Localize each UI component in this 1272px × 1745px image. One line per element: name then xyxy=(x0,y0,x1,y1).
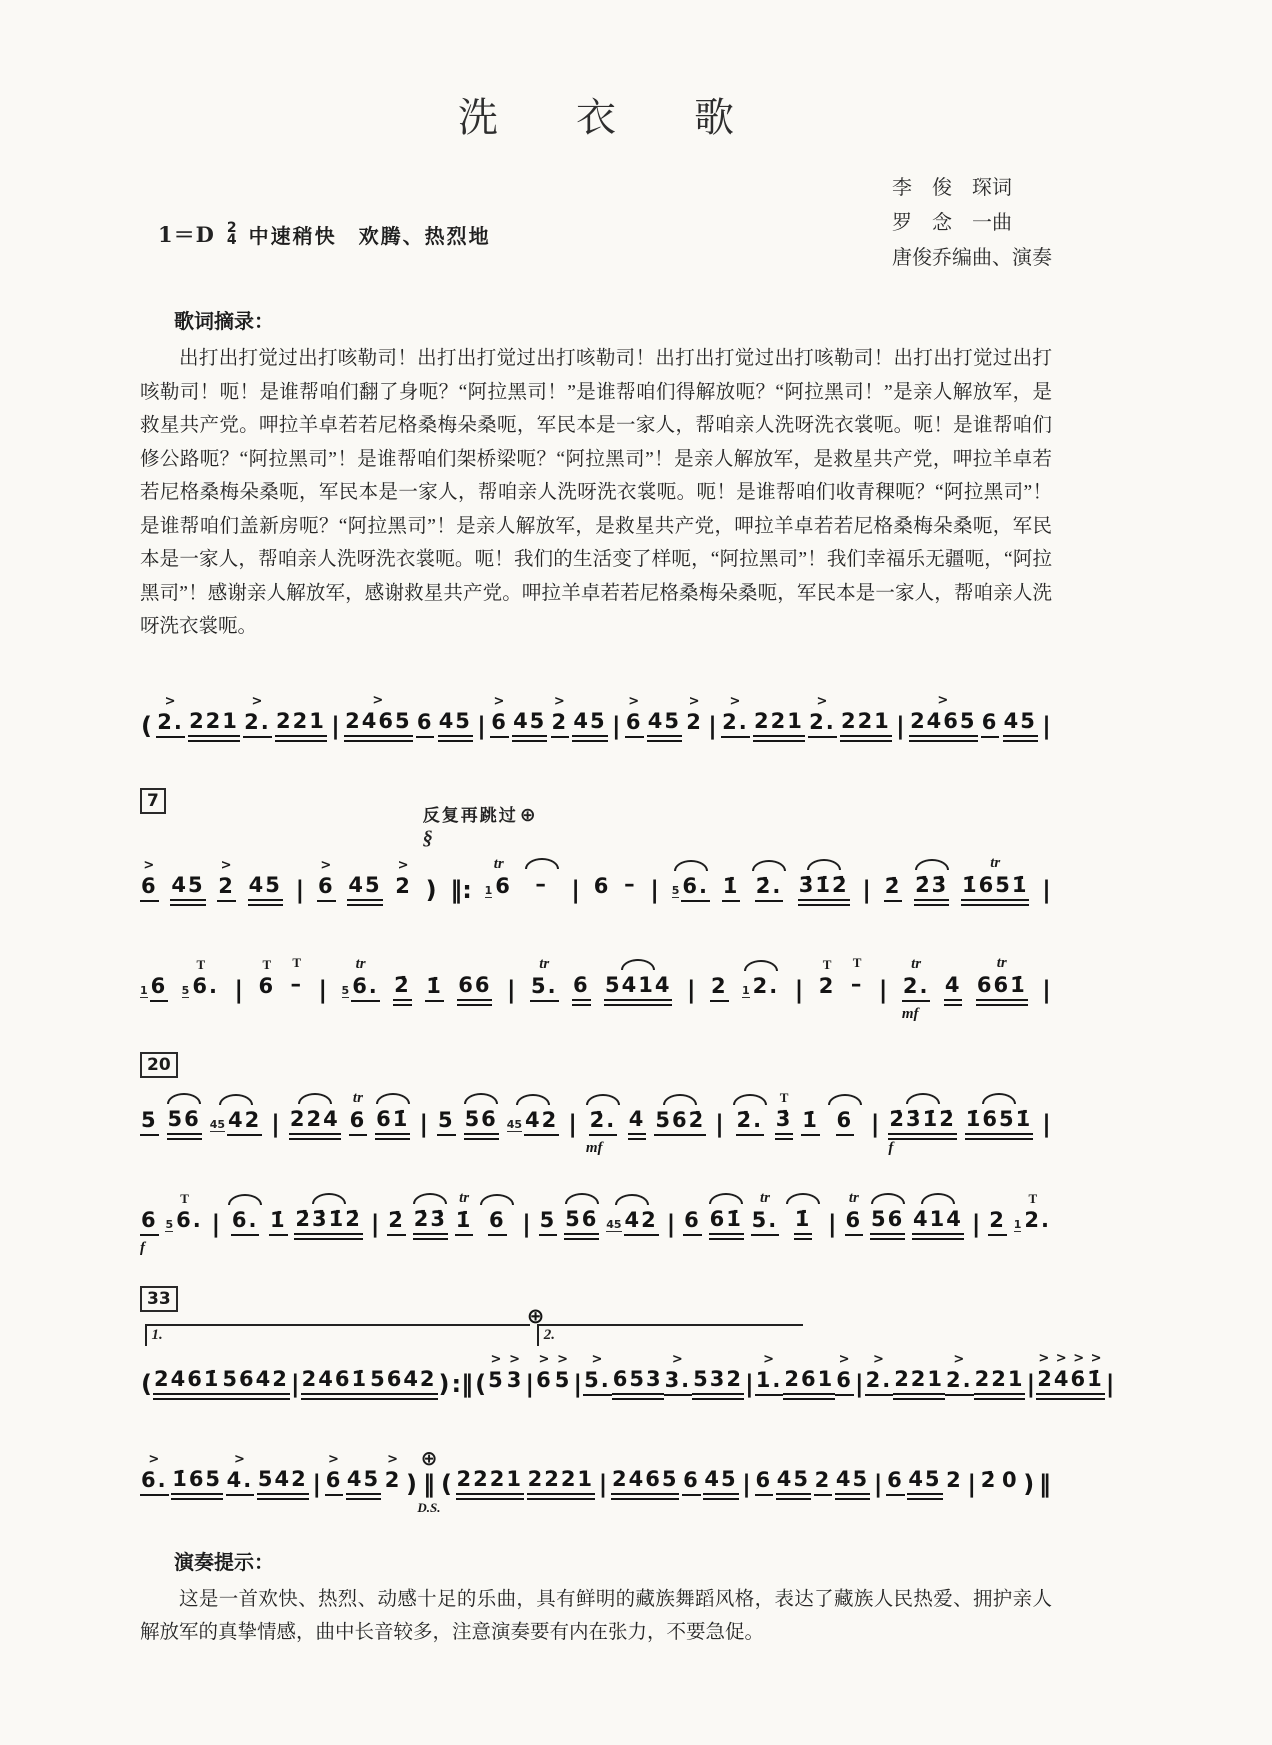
note-group: >6 xyxy=(835,1348,854,1400)
parenthesis: ) xyxy=(1022,1451,1035,1500)
note-body: 224 xyxy=(289,1106,341,1140)
mark-spacer xyxy=(262,853,268,872)
note-group: 2̇.mf xyxy=(586,1088,620,1140)
note-text: 2. xyxy=(1023,1207,1052,1234)
note-text: ( xyxy=(440,1470,453,1498)
slur-mark xyxy=(663,1088,697,1107)
note-text: 61̇ xyxy=(375,1106,410,1140)
note-text: 261 xyxy=(783,1366,835,1400)
accent-mark: > xyxy=(538,1348,550,1367)
mark-spacer xyxy=(872,1091,878,1110)
note-text: 661̇ xyxy=(976,972,1028,1006)
note-body: | xyxy=(295,876,306,906)
note-text: 2. xyxy=(721,709,750,738)
note-body: 261 xyxy=(783,1366,835,1400)
slur-arc xyxy=(828,1094,862,1105)
credit-arranger: 唐俊乔编曲、演奏 xyxy=(892,241,1052,276)
note-text: | xyxy=(878,976,889,1004)
note-text: – xyxy=(534,871,549,898)
note-body: 4 xyxy=(628,1106,647,1140)
note-text: 5414 xyxy=(604,972,672,1006)
mark-spacer xyxy=(573,857,579,876)
note-body: 2. xyxy=(902,973,931,1006)
note-text: | xyxy=(707,712,718,740)
note-text: – xyxy=(289,971,304,998)
note-body: | xyxy=(233,976,244,1006)
note-group: tr6 xyxy=(349,1088,368,1140)
slur-arc xyxy=(663,1094,697,1105)
slur-mark xyxy=(376,1087,410,1106)
mark-spacer xyxy=(151,954,157,973)
note-group: 1̇651̇ xyxy=(965,1087,1033,1140)
note-body: | xyxy=(854,1370,865,1400)
mark-spacer xyxy=(1044,857,1050,876)
note-text: | xyxy=(794,976,805,1004)
mark-spacer xyxy=(487,1447,493,1466)
credits-block: 李 俊 琛词 罗 念 一曲 唐俊乔编曲、演奏 xyxy=(892,171,1052,276)
note-text: 5. xyxy=(583,1367,612,1396)
note-group: >2 xyxy=(217,854,236,906)
mark-spacer xyxy=(856,1351,862,1370)
mark-spacer xyxy=(790,1447,796,1466)
accent-mark: > xyxy=(398,854,410,873)
slur-mark xyxy=(752,854,786,873)
note-body: 5 xyxy=(140,1107,159,1140)
note-body: 16 xyxy=(140,973,168,1006)
note-text: 56 xyxy=(564,1206,599,1240)
mark-spacer xyxy=(746,1351,752,1370)
music-system: (>2.221>2.221|>2465645|>645>245|>645>2|>… xyxy=(140,688,1052,742)
note-body: 12. xyxy=(1014,1207,1052,1240)
note-group: 6 xyxy=(416,690,435,742)
note-body: 5 xyxy=(437,1107,456,1140)
note-body: 5. xyxy=(751,1207,780,1240)
note-text: – xyxy=(623,871,638,898)
note-text: 2465 xyxy=(611,1466,679,1500)
barline: :‖ xyxy=(451,1351,475,1400)
parenthesis: ( xyxy=(140,1351,153,1400)
note-text: 221 xyxy=(753,708,805,742)
note-text: 45 xyxy=(512,708,547,742)
mark-spacer xyxy=(1044,693,1050,712)
note-text: 2465 xyxy=(344,708,412,742)
note-body: | xyxy=(1041,976,1052,1006)
note-text: | xyxy=(741,1470,752,1498)
note-text: 6 xyxy=(140,1207,159,1236)
notation-row: >6.1̇65>4.542|>645>2)⊕‖D.S.(22212221|246… xyxy=(140,1446,1052,1500)
note-text: 3 xyxy=(506,1367,525,1394)
meter-denominator: 4 xyxy=(227,234,237,246)
mark-spacer xyxy=(422,690,428,709)
mark-spacer xyxy=(253,1347,259,1366)
note-group: tr1̇651̇ xyxy=(961,853,1029,906)
note-body: 2̇3̇1̇2̇ xyxy=(888,1106,956,1140)
note-body: | xyxy=(861,876,872,906)
note-body: 4542 xyxy=(210,1107,263,1140)
note-text: 45 xyxy=(572,708,607,742)
mark-spacer xyxy=(995,1188,1001,1207)
note-text: 414 xyxy=(912,1206,964,1240)
volta-label: 1. xyxy=(147,1327,163,1343)
note-group: >1. xyxy=(755,1348,784,1400)
key-signature: 1＝D xyxy=(158,219,215,249)
accent-mark: > xyxy=(937,689,949,708)
note-group: 2̇3̇ xyxy=(914,853,949,906)
note-text: 2 xyxy=(685,709,704,736)
note-text: 2̇ xyxy=(884,873,903,902)
mark-spacer xyxy=(527,689,533,708)
note-text: – xyxy=(850,971,865,998)
mark-spacer xyxy=(408,1451,414,1470)
barline: | xyxy=(971,1191,982,1240)
note-body: 1̇65 xyxy=(171,1466,223,1500)
note-group: tr16 xyxy=(485,854,513,906)
note-group: T12. xyxy=(1014,1188,1052,1240)
mark-spacer xyxy=(689,1188,695,1207)
note-body: 2̇ xyxy=(387,1207,406,1240)
slur-arc xyxy=(744,960,778,971)
note-body: 56 xyxy=(870,1206,905,1240)
note-body: – xyxy=(850,971,865,1006)
note-body: | xyxy=(567,1110,578,1140)
note-group: 562̇ xyxy=(654,1088,706,1140)
note-body: 6 xyxy=(683,1207,702,1240)
note-text: ‖ xyxy=(1038,1470,1052,1498)
barline: | xyxy=(707,693,718,742)
slur-mark xyxy=(525,852,559,871)
note-body: 5 xyxy=(487,1367,506,1400)
mark-spacer xyxy=(1026,1451,1032,1470)
note-body: 1̇651̇ xyxy=(965,1106,1033,1140)
note-body: 2 xyxy=(685,709,704,742)
barline: | xyxy=(861,857,872,906)
barline: | xyxy=(686,957,697,1006)
accent-mark: > xyxy=(165,690,177,709)
note-text: 5. xyxy=(751,1207,780,1236)
note-group: 2̇3̇ xyxy=(413,1187,448,1240)
note-text: | xyxy=(870,1110,881,1138)
note-text: ) xyxy=(405,1470,418,1498)
note-body: | xyxy=(317,976,328,1006)
note-group: 45 xyxy=(438,689,473,742)
note-text: 1̇ xyxy=(269,1207,288,1236)
mark-spacer xyxy=(362,853,368,872)
note-text: 1̇ xyxy=(801,1107,820,1136)
lyrics-heading: 歌词摘录： xyxy=(174,305,1052,334)
note-body: 2 xyxy=(814,1467,833,1500)
mark-spacer xyxy=(421,1091,427,1110)
dayin-mark: T xyxy=(292,952,301,971)
note-body: 45 xyxy=(647,708,682,742)
note-group: 56. xyxy=(672,854,710,906)
note-body: 1̇ xyxy=(794,1206,813,1240)
slur-mark xyxy=(807,853,841,872)
note-body: 1̇ xyxy=(801,1107,820,1140)
note-body: 5642 xyxy=(369,1366,437,1400)
slur-mark xyxy=(464,1087,498,1106)
note-group: tr5. xyxy=(751,1188,780,1240)
note-text: 562̇ xyxy=(654,1107,706,1136)
note-body: 5642 xyxy=(221,1366,289,1400)
note-body: | xyxy=(649,876,660,906)
note-body: | xyxy=(966,1470,977,1500)
note-body: – xyxy=(289,971,304,1006)
note-body: 2. xyxy=(945,1367,974,1400)
note-text: 221 xyxy=(275,708,327,742)
slur-mark xyxy=(871,1187,905,1206)
note-body: 6 xyxy=(490,709,509,742)
note-group: 45 xyxy=(907,1447,942,1500)
note-text: 2 xyxy=(217,873,236,902)
note-body: | xyxy=(1041,876,1052,906)
note-text: 2̇. xyxy=(589,1107,618,1136)
dayin-mark: T xyxy=(262,954,271,973)
note-body: ( xyxy=(140,1370,153,1400)
note-text: 2 xyxy=(710,973,729,1002)
note-text: 45 xyxy=(438,708,473,742)
note-body: 2. xyxy=(865,1367,894,1400)
mark-spacer xyxy=(185,853,191,872)
note-body: ) xyxy=(1022,1470,1035,1500)
barline: | xyxy=(521,1191,532,1240)
note-text: | xyxy=(290,1370,301,1398)
mark-spacer xyxy=(587,689,593,708)
note-body: 6 xyxy=(836,1107,855,1140)
note-group: 532 xyxy=(692,1347,744,1400)
barline: | xyxy=(1041,693,1052,742)
note-body: – xyxy=(623,871,638,906)
mark-spacer xyxy=(820,1448,826,1467)
note-group: >2 xyxy=(551,690,570,742)
slur-mark xyxy=(674,854,708,873)
notation-row: >645>245|>645>2)‖:tr16–|6–|56.1̇2̇.3̇1̇2… xyxy=(140,852,1052,906)
accent-mark: > xyxy=(628,690,640,709)
note-body: 562̇ xyxy=(654,1107,706,1140)
note-text: 6 xyxy=(488,1207,507,1236)
note-text: | xyxy=(611,712,622,740)
music-system: >6.1̇65>4.542|>645>2)⊕‖D.S.(22212221|246… xyxy=(140,1446,1052,1500)
note-text: 221 xyxy=(188,708,240,742)
note-group: 2̇ xyxy=(884,854,903,906)
slur-arc xyxy=(219,1094,253,1105)
mark-spacer xyxy=(458,857,464,876)
note-group: >5 xyxy=(487,1348,506,1400)
barline: ‖: xyxy=(449,857,473,906)
note-text: 1. xyxy=(755,1367,784,1396)
note-text: 6 xyxy=(683,1207,702,1236)
note-group: 45 xyxy=(776,1447,811,1500)
note-text: 2. xyxy=(752,973,781,1000)
segno-icon: § xyxy=(423,828,536,848)
note-body: 2̇ xyxy=(393,972,412,1006)
note-body: 2̇ xyxy=(884,873,903,906)
note-group: >2 xyxy=(384,1448,403,1500)
note-body: 6 xyxy=(488,1207,507,1240)
performance-notes-section: 演奏提示： 这是一首欢快、热烈、动感十足的乐曲，具有鲜明的藏族舞蹈风格，表达了藏… xyxy=(140,1546,1052,1650)
note-group: tr661̇ xyxy=(976,953,1028,1006)
note-body: 2 xyxy=(710,973,729,1006)
mark-spacer xyxy=(744,1451,750,1470)
note-text: 6 xyxy=(886,1467,905,1496)
note-body: 6 xyxy=(755,1467,774,1500)
note-text: 45 xyxy=(347,872,382,906)
trill-mark: tr xyxy=(990,853,1000,872)
note-text: 56 xyxy=(464,1106,499,1140)
note-text: 2465 xyxy=(909,708,977,742)
note-group: 12. xyxy=(742,954,780,1006)
note-text: 2̇3̇1̇2̇ xyxy=(888,1106,956,1140)
note-text: 532 xyxy=(692,1366,744,1400)
note-group: 1̇ xyxy=(786,1187,820,1240)
note-text: | xyxy=(861,876,872,904)
note-text: 42 xyxy=(524,1107,559,1136)
note-group: 6 xyxy=(828,1088,862,1140)
note-text: 2 xyxy=(551,709,570,738)
note-body: 2̇. xyxy=(589,1107,618,1140)
note-body: 45 xyxy=(438,708,473,742)
barline: ‖ xyxy=(1038,1451,1052,1500)
mark-spacer xyxy=(1043,957,1049,976)
note-text: 6 xyxy=(535,1367,554,1394)
mark-spacer xyxy=(1017,689,1023,708)
note-body: 221 xyxy=(974,1366,1026,1400)
accent-mark: > xyxy=(672,1348,684,1367)
note-text: 2461̇ xyxy=(301,1366,369,1400)
slur-arc xyxy=(921,1193,955,1204)
volta-bracket: 1. xyxy=(145,1324,530,1346)
note-body: 2. xyxy=(243,709,272,742)
note-body: 2 xyxy=(945,1467,964,1500)
accent-mark: > xyxy=(509,1348,521,1367)
dynamic-label: mf xyxy=(586,1140,603,1157)
note-text: 2̇. xyxy=(755,873,784,902)
mark-spacer xyxy=(829,1191,835,1210)
slur-mark xyxy=(167,1087,201,1106)
note-text: 5. xyxy=(530,973,559,1002)
accent-mark: > xyxy=(689,690,701,709)
system-header: 7反复再跳过⊕§ xyxy=(140,788,1052,848)
note-text: 1̇ xyxy=(722,873,741,902)
slur-arc xyxy=(525,858,559,869)
note-body: | xyxy=(270,1110,281,1140)
mark-spacer xyxy=(400,1347,406,1366)
slur-mark xyxy=(744,954,778,973)
note-body: 5 xyxy=(554,1367,573,1400)
note-body: 56. xyxy=(672,873,710,906)
note-text: ( xyxy=(140,712,153,740)
note-body: | xyxy=(311,1470,322,1500)
barline: | xyxy=(572,1351,583,1400)
barline: | xyxy=(476,693,487,742)
note-body: 6 xyxy=(140,1207,159,1240)
barline: | xyxy=(744,1351,755,1400)
note-body: 1̇ xyxy=(722,873,741,906)
note-group: 6 xyxy=(683,1188,702,1240)
parenthesis: ) xyxy=(405,1451,418,1500)
mark-spacer xyxy=(627,852,633,871)
mark-spacer xyxy=(710,693,716,712)
note-text: 6 xyxy=(494,873,513,900)
note-group: 2221 xyxy=(527,1447,595,1500)
note-text: ‖ xyxy=(422,1470,436,1498)
note-body: 414 xyxy=(912,1206,964,1240)
note-body: 2 xyxy=(988,1207,1007,1240)
note-group: 5 xyxy=(140,1088,159,1140)
note-body: 6 xyxy=(416,709,435,742)
barline: | xyxy=(295,857,306,906)
note-body: | xyxy=(572,1370,583,1400)
mark-spacer xyxy=(652,857,658,876)
note-group: 5642 xyxy=(221,1347,289,1400)
note-body: 661̇ xyxy=(976,972,1028,1006)
mark-spacer xyxy=(508,957,514,976)
mark-spacer xyxy=(361,1447,367,1466)
note-text: | xyxy=(570,876,581,904)
note-text: 6 xyxy=(140,873,159,902)
note-group: >3. xyxy=(664,1348,693,1400)
music-system: 6fT56.|6.1̇2̇3̇1̇2̇|2̇2̇3̇tr1̇6|5564542|… xyxy=(140,1186,1052,1240)
note-body: 45 xyxy=(1003,708,1038,742)
note-text: | xyxy=(572,1370,583,1398)
slur-arc xyxy=(228,1194,262,1205)
mark-spacer xyxy=(143,693,149,712)
note-group: >2. xyxy=(808,690,837,742)
accent-mark: > xyxy=(252,690,264,709)
note-body: 4 xyxy=(944,972,963,1006)
note-body: 2̇3̇ xyxy=(914,872,949,906)
note-body: ‖ xyxy=(1038,1470,1052,1500)
note-text: 45 xyxy=(170,872,205,906)
mark-spacer xyxy=(213,1191,219,1210)
note-body: | xyxy=(1041,712,1052,742)
coda-icon: ⊕ xyxy=(421,1451,438,1470)
note-group: tr5. xyxy=(530,954,559,1006)
note-body: | xyxy=(418,1110,429,1140)
note-body: 45 xyxy=(835,1466,870,1500)
note-group: 4 xyxy=(628,1087,647,1140)
note-text: 4. xyxy=(226,1467,255,1496)
note-body: 2461̇ xyxy=(153,1366,221,1400)
note-body: 45 xyxy=(512,708,547,742)
note-group: 6 xyxy=(480,1188,514,1240)
note-body: ( xyxy=(474,1370,487,1400)
note-group: 45 xyxy=(1003,689,1038,742)
barline: | xyxy=(570,857,581,906)
note-group: 45 xyxy=(703,1447,738,1500)
note-group: >2465 xyxy=(344,689,412,742)
note-group: >6 xyxy=(140,854,159,906)
grace-note: 1 xyxy=(742,984,750,998)
mark-spacer xyxy=(806,1347,812,1366)
mark-spacer xyxy=(280,1447,286,1466)
note-text: | xyxy=(873,1470,884,1498)
note-text: 2̇ xyxy=(393,972,412,1006)
mark-spacer xyxy=(997,1347,1003,1366)
slur-arc xyxy=(464,1093,498,1104)
note-body: | xyxy=(744,1370,755,1400)
note-text: 6. xyxy=(175,1207,204,1234)
note-text: 3. xyxy=(664,1367,693,1396)
note-text: 1̇ xyxy=(425,973,444,1002)
note-text: 6 xyxy=(845,1207,864,1236)
note-body: 6 xyxy=(325,1467,344,1500)
parenthesis: ( xyxy=(140,693,153,742)
barline: | xyxy=(1041,1091,1052,1140)
note-text: | xyxy=(598,1470,609,1498)
note-text: 45 xyxy=(1003,708,1038,742)
note-group: 6f xyxy=(140,1188,159,1240)
mark-spacer xyxy=(332,693,338,712)
